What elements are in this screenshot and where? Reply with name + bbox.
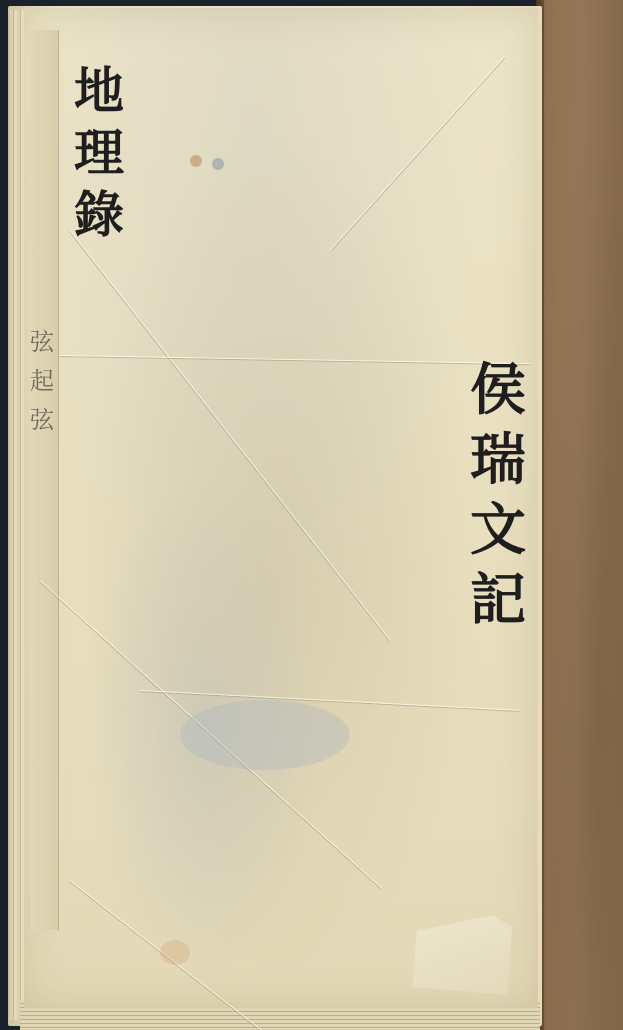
stain (190, 155, 202, 167)
spine-strip (30, 30, 59, 930)
spine-side-text: 弦 起 弦 (30, 322, 54, 435)
water-stain (180, 700, 350, 770)
inscription-char: 侯 (470, 362, 526, 418)
stain (160, 940, 190, 965)
title-char: 錄 (74, 190, 124, 240)
side-char: 起 (30, 361, 54, 396)
side-char: 弦 (30, 400, 54, 435)
back-cover-brown (536, 0, 623, 1030)
stain (212, 158, 224, 170)
inscription-char: 記 (470, 572, 526, 628)
main-title-vertical: 地 理 錄 (74, 66, 124, 240)
manuscript-photo: 地 理 錄 侯 瑞 文 記 弦 起 弦 (0, 0, 623, 1030)
title-char: 理 (74, 128, 124, 178)
title-char: 地 (74, 66, 124, 116)
inscription-char: 文 (470, 502, 526, 558)
inscription-char: 瑞 (470, 432, 526, 488)
owner-inscription-vertical: 侯 瑞 文 記 (470, 362, 526, 628)
side-char: 弦 (30, 322, 54, 357)
